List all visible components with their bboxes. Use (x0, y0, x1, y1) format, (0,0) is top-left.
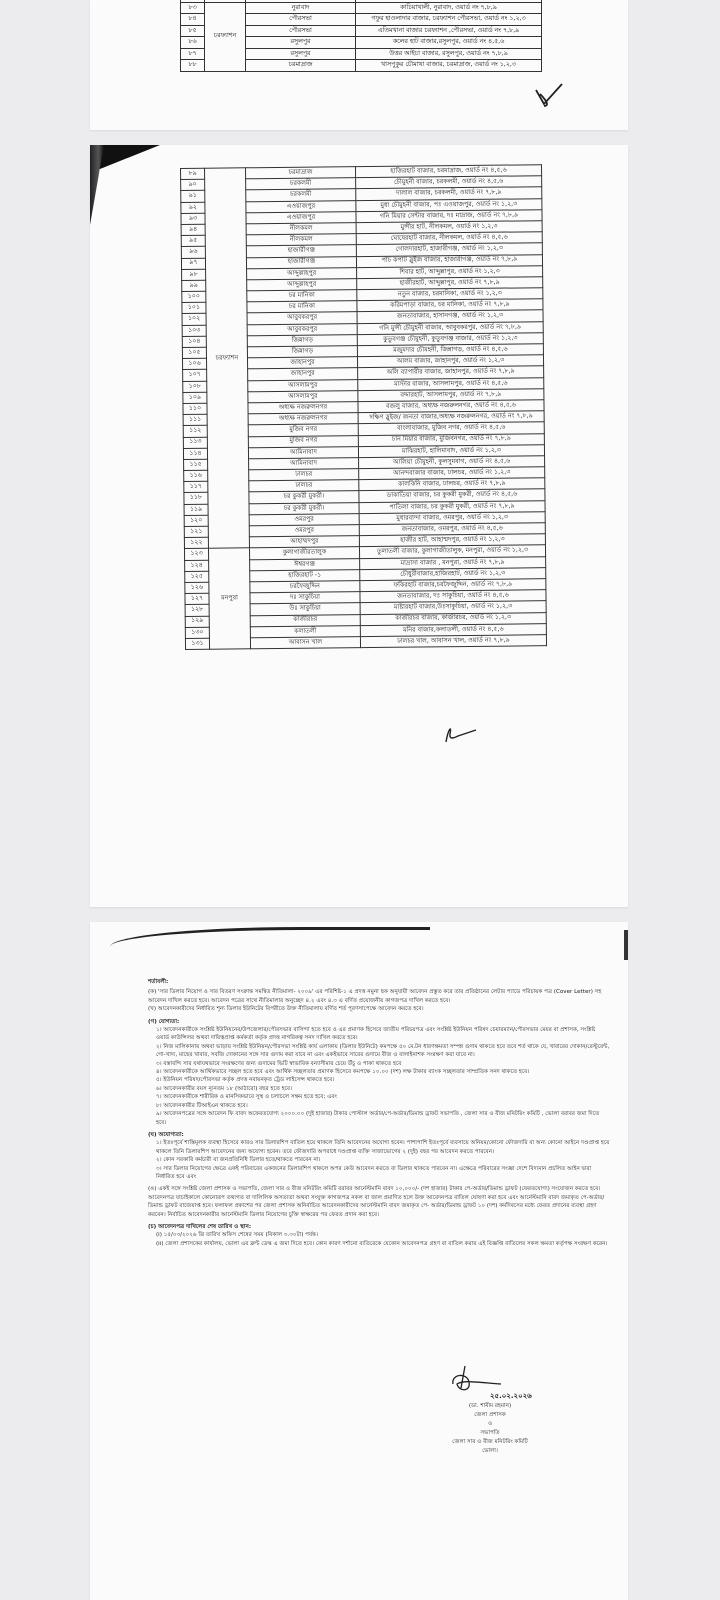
paper-edge-shadow (624, 930, 628, 960)
deadline-heading: (চ) আবেদনপত্র দাখিলের শেষ তারিখ ও স্থান: (148, 1223, 610, 1231)
serial-cell: ৯০ (181, 179, 205, 190)
terms-heading: শর্তাবলী: (148, 978, 610, 986)
serial-cell: ১২০ (184, 515, 208, 526)
upazila-cell: মনপুরা (208, 548, 250, 649)
serial-cell: ৮৮ (181, 60, 205, 72)
serial-cell: ১১৩ (183, 437, 207, 448)
serial-cell: ১১৪ (183, 448, 207, 459)
term-ka: (ক) 'সার ডিলার নিয়োগ ও সার বিতরণ সংক্রা… (148, 988, 610, 1005)
serial-cell: ১১৬ (184, 470, 208, 481)
ineligibility-list: ১। ইতঃপূর্বে শাস্তিমূলক ব্যবস্থা হিসেবে … (148, 1139, 610, 1181)
serial-cell: ৯২ (181, 202, 205, 213)
term-kha: (খ) আবেদনকারীদের নির্ধারিত শূন্য ডিলার ই… (148, 1005, 610, 1013)
list-item: ৭। আবেদনকারীকে শারীরিক ও মানসিকভাবে সুস্… (148, 1093, 610, 1101)
serial-cell: ১১১ (183, 414, 207, 425)
serial-cell: ৮৩ (181, 2, 205, 14)
serial-cell: ৯৩ (181, 213, 205, 224)
term-uma: (ঙ) একই সঙ্গে সংশ্লিষ্ট জেলা প্রশাসক ও স… (148, 1185, 610, 1219)
signatory-place: ভোলা। (410, 1447, 570, 1456)
serial-cell: ১০০ (182, 291, 206, 302)
serial-cell: ৯১ (181, 191, 205, 202)
serial-cell: ১৩১ (185, 638, 209, 649)
list-item: ৪। আবেদনকারীকে আর্থিকভাবে সচ্ছল হতে হবে … (148, 1068, 610, 1076)
serial-cell: ১০৪ (182, 336, 206, 347)
serial-cell: ১০৯ (183, 392, 207, 403)
eligibility-heading: (গ) যোগ্যতা: (148, 1018, 610, 1026)
serial-cell: ১০৩ (182, 325, 206, 336)
serial-cell: ১২২ (184, 537, 208, 548)
serial-cell: ১২৭ (185, 593, 209, 604)
list-item: ৮। আবেদনকারীর টিআইএন থাকতে হবে। (148, 1102, 610, 1110)
signature-mark-icon (532, 80, 566, 110)
serial-cell: ৯৭ (181, 258, 205, 269)
list-item: ৬। আবেদনকারীর বয়স ন্যূনতম ১৮ (আঠারো) বছ… (148, 1085, 610, 1093)
serial-cell: ১২৬ (185, 582, 209, 593)
serial-cell: ১০৮ (183, 381, 207, 392)
signature-block: (ডা. শামীম রহমান) জেলা প্রশাসক ও সভাপতি … (410, 1402, 570, 1456)
serial-cell: ৯৯ (182, 280, 206, 291)
serial-cell: ৮৭ (181, 48, 205, 60)
document-page-2: ৮৯চরফ্যাশনচরমাদ্রাজহাজিরহাট বাজার, চরমাদ… (90, 145, 628, 907)
upazila-cell: চরফ্যাশন (205, 168, 250, 549)
union-cell: রসুলপুর (246, 37, 356, 49)
terms-section: শর্তাবলী: (ক) 'সার ডিলার নিয়োগ ও সার বি… (148, 978, 610, 1248)
union-cell: পৌরসভা (246, 14, 356, 26)
address-cell: কাচিয়াখালী, নুরাবাদ, ওয়ার্ড নং ৭,৮,৯ (356, 2, 542, 14)
serial-cell: ৮৬ (181, 37, 205, 49)
serial-cell: ১২৩ (184, 549, 208, 560)
address-cell: ঢালচর খাল, আবাসন খাল, ওয়ার্ড নং ৭,৮,৯ (360, 635, 546, 648)
serial-cell: ৯৬ (181, 247, 205, 258)
union-cell: রসুলপুর (246, 48, 356, 60)
serial-cell: ১১৭ (184, 481, 208, 492)
upazila-cell: চরফ্যাশন (205, 2, 246, 71)
list-item: ১। ইতঃপূর্বে শাস্তিমূলক ব্যবস্থা হিসেবে … (148, 1139, 610, 1156)
serial-cell: ১০১ (182, 302, 206, 313)
list-item: (i) ১৫/০৩/২০২৬ খ্রি তারিখ অফিস শেষের সময… (148, 1231, 610, 1239)
signatory-and: ও (410, 1420, 570, 1429)
table-row: ৮৩চরফ্যাশননুরাবাদকাচিয়াখালী, নুরাবাদ, ও… (181, 2, 542, 14)
serial-cell: ১০২ (182, 314, 206, 325)
list-item: (ii) জেলা প্রশাসকের কার্যালয়, ভোলা এর ফ… (148, 1240, 610, 1248)
list-item: ৯। আবেদনপত্রের সঙ্গে আবেদন ফি বাবদ অফেরত… (148, 1110, 610, 1127)
list-item: ২। কোন সরকারি কর্মচারী বা জনপ্রতিনিধি ডি… (148, 1156, 610, 1164)
document-page-1: ৮৩চরফ্যাশননুরাবাদকাচিয়াখালী, নুরাবাদ, ও… (90, 0, 628, 130)
serial-cell: ১১৯ (184, 504, 208, 515)
union-cell: পৌরসভা (246, 25, 356, 37)
serial-cell: ১১৮ (184, 493, 208, 504)
serial-cell: ৯৮ (182, 269, 206, 280)
union-cell: আবাসন খাল (250, 637, 360, 649)
ineligibility-heading: (ঘ) অযোগ্যতা: (148, 1131, 610, 1139)
list-item: ১। আবেদনকারীকে সংশ্লিষ্ট ইউনিয়নের/উপজেল… (148, 1026, 610, 1043)
deadline-list: (i) ১৫/০৩/২০২৬ খ্রি তারিখ অফিস শেষের সময… (148, 1231, 610, 1248)
union-cell: নুরাবাদ (246, 2, 356, 14)
serial-cell: ১২৯ (185, 616, 209, 627)
serial-cell: ১২১ (184, 526, 208, 537)
union-cell: চরমাদ্রাজ (246, 60, 356, 72)
dealer-table-1: ৮৩চরফ্যাশননুরাবাদকাচিয়াখালী, নুরাবাদ, ও… (180, 0, 542, 72)
serial-cell: ১১৫ (184, 459, 208, 470)
document-page-3: শর্তাবলী: (ক) 'সার ডিলার নিয়োগ ও সার বি… (90, 922, 628, 1600)
address-cell: খাসপুকুর চৌমাথা বাজার, চরমাদ্রাজ, ওয়ার্… (356, 60, 542, 72)
committee-name: জেলা সার ও বীজ মনিটরিং কমিটি (410, 1438, 570, 1447)
eligibility-list: ১। আবেদনকারীকে সংশ্লিষ্ট ইউনিয়নের/উপজেল… (148, 1026, 610, 1127)
address-cell: গফুর হাওলাদার বাজার, চরফ্যাশন পৌরসভা, ওয… (356, 14, 542, 26)
address-cell: এতিমখানা বাজার চরফ্যাশন ,পৌরসভা, ওয়ার্ড… (356, 25, 542, 37)
serial-cell: ৮৯ (181, 168, 205, 179)
serial-cell: ৯৫ (181, 235, 205, 246)
signature-date: ২৫.০২.২০২৬ (490, 1390, 532, 1402)
list-item: ৩। সার ডিলার নিয়োগের ক্ষেত্রে একই পরিবা… (148, 1165, 610, 1182)
serial-cell: ১২৫ (185, 571, 209, 582)
list-item: ২। নিজ মালিকানায় অথবা ভাড়ায় সংশ্লিষ্ট… (148, 1043, 610, 1060)
serial-cell: ১৩০ (185, 627, 209, 638)
list-item: ৩। বস্তাবন্দি সার যথাযথভাবে সংরক্ষণের জন… (148, 1060, 610, 1068)
serial-cell: ৮৫ (181, 25, 205, 37)
address-cell: কলের হাট বাজার,রসুলপুর, ওয়ার্ড নং ৪,৫,৬ (356, 37, 542, 49)
serial-cell: ১০৫ (182, 347, 206, 358)
serial-cell: ১১২ (183, 426, 207, 437)
serial-cell: ১১০ (183, 403, 207, 414)
serial-cell: ১২৮ (185, 605, 209, 616)
serial-cell: ৮৪ (181, 14, 205, 26)
serial-cell: ৯৪ (181, 224, 205, 235)
serial-cell: ১০৬ (182, 358, 206, 369)
address-cell: উত্তর আইচা বাজার, রসুলপুর, ওয়ার্ড নং ৭,… (356, 48, 542, 60)
list-item: ৫। ইউনিয়ন পরিষদ/পৌরসভা কর্তৃক প্রদত্ত ন… (148, 1076, 610, 1084)
signature-icon (440, 720, 480, 746)
serial-cell: ১২৪ (185, 560, 209, 571)
dealer-table-2: ৮৯চরফ্যাশনচরমাদ্রাজহাজিরহাট বাজার, চরমাদ… (180, 164, 547, 650)
serial-cell: ১০৭ (183, 370, 207, 381)
signatory-title: জেলা প্রশাসক (410, 1411, 570, 1420)
paper-curl-shadow (110, 927, 430, 960)
signatory-title-2: সভাপতি (410, 1429, 570, 1438)
signatory-name: (ডা. শামীম রহমান) (410, 1402, 570, 1411)
